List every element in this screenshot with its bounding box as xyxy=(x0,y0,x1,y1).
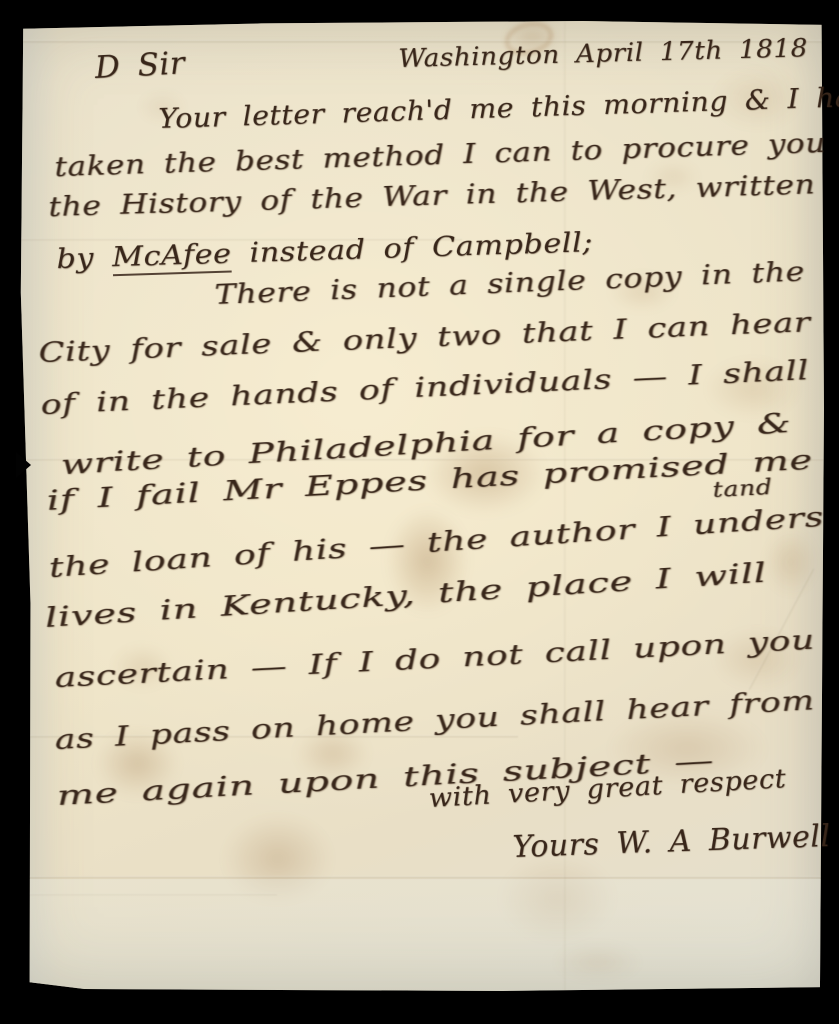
photo-backdrop: Washington April 17th 1818 D Sir Your le… xyxy=(0,0,839,1024)
bottom-light-band xyxy=(20,879,824,991)
salutation-line: D Sir xyxy=(94,45,186,86)
mcafee-underline: McAfee xyxy=(112,238,233,276)
left-edge-notch xyxy=(16,452,31,478)
interline-insert: tand xyxy=(712,475,773,502)
body-line-4-pre: by xyxy=(56,242,113,275)
